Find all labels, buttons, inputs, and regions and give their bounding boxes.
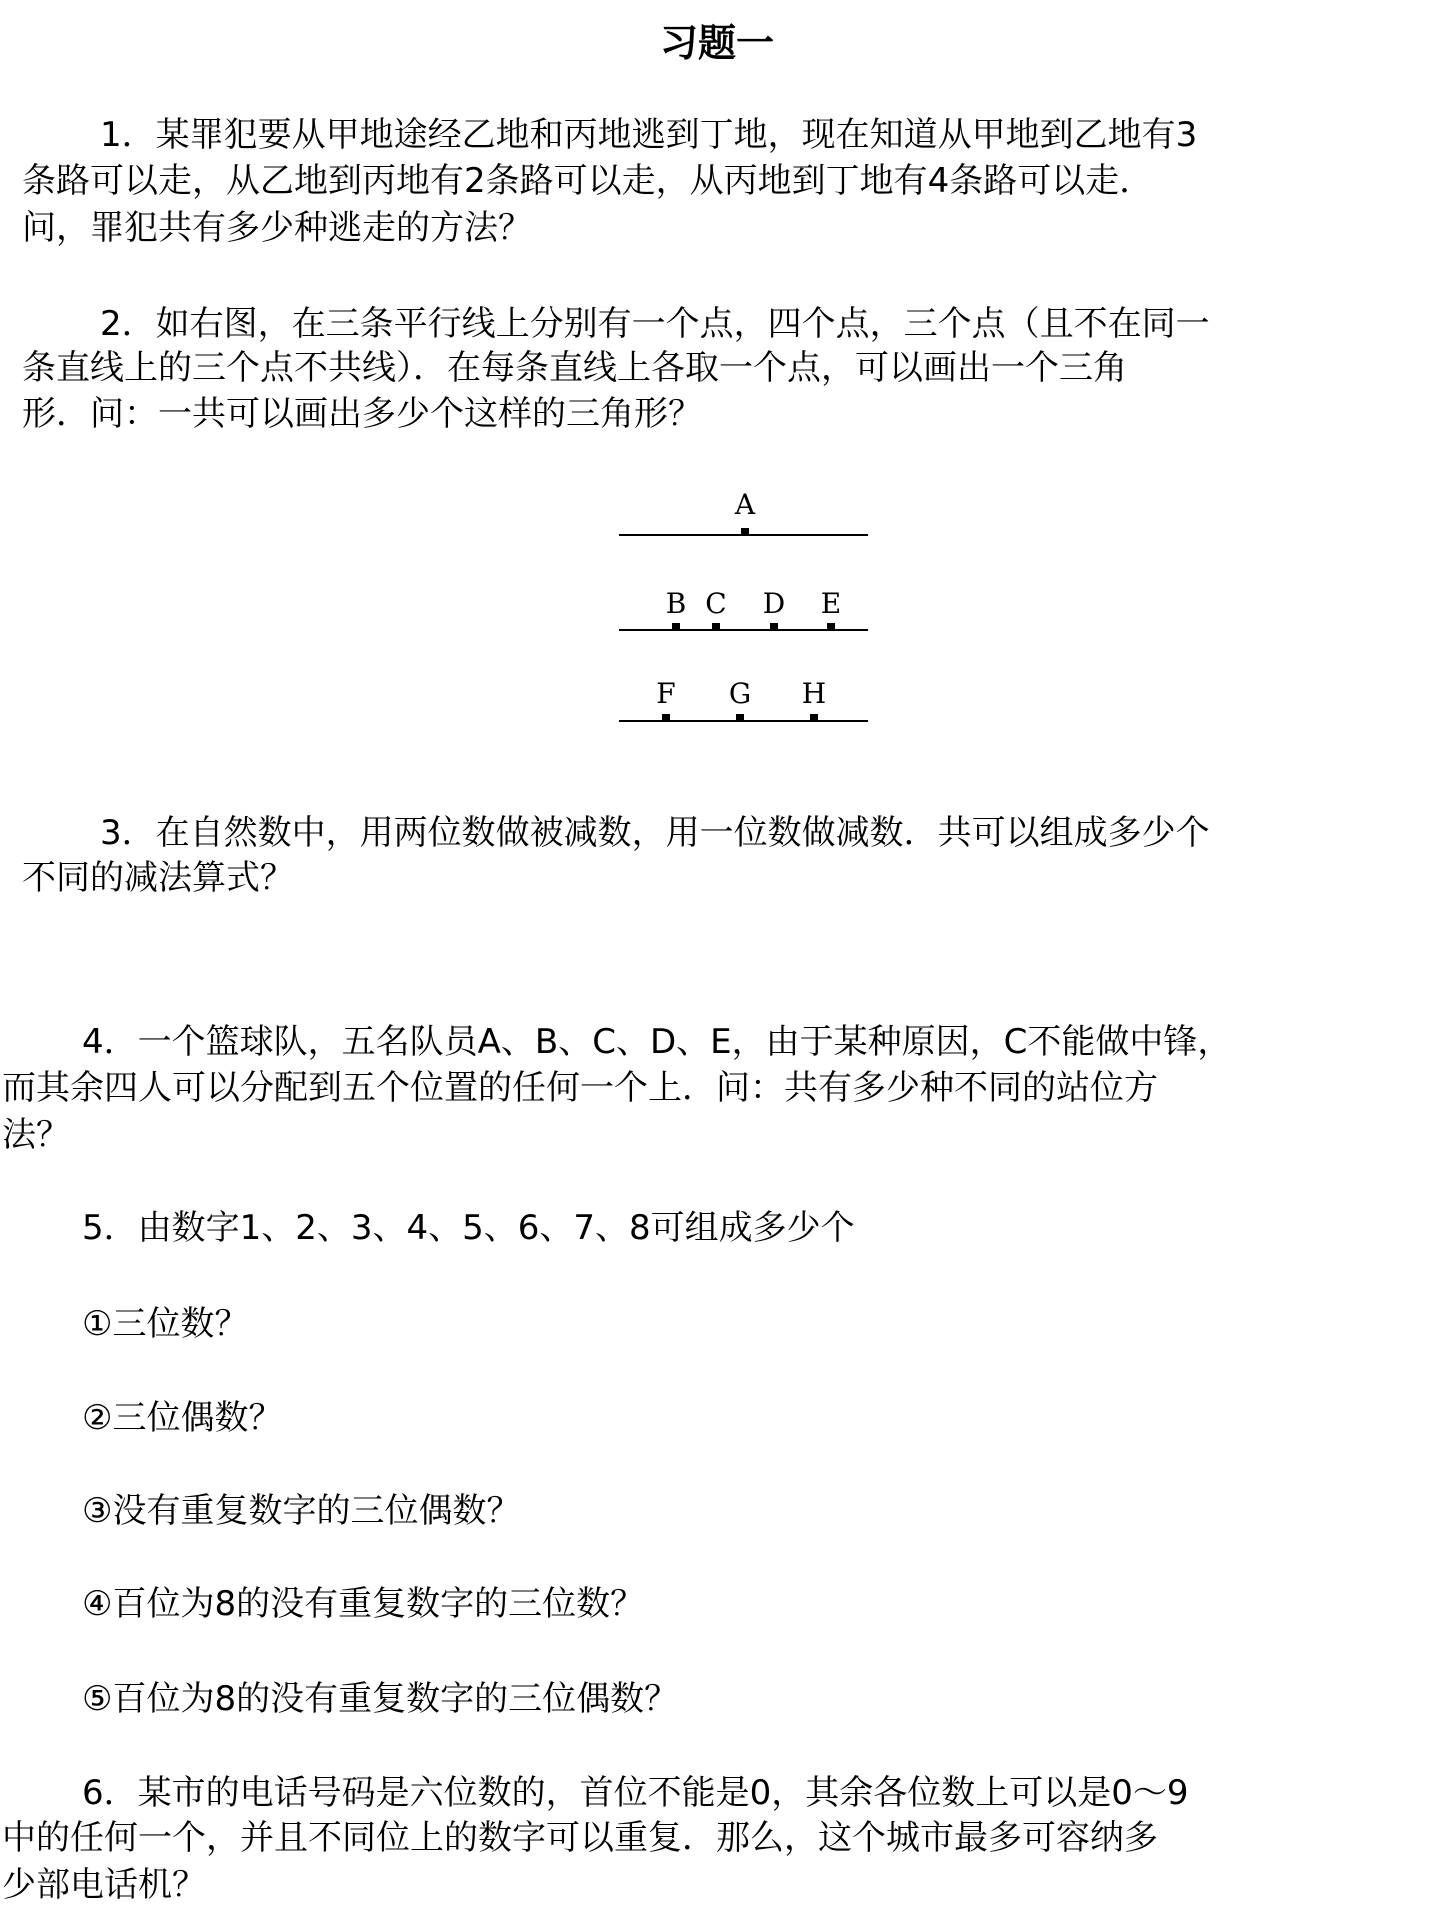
problem-4-line-3: 法？ [2, 1112, 70, 1158]
point-label-G: G [729, 677, 751, 710]
point-G [736, 714, 744, 721]
problem-5-subitem-2: ②三位偶数？ [82, 1395, 282, 1441]
problem-5-subitem-4: ④百位为8的没有重复数字的三位数？ [82, 1581, 644, 1627]
problem-1-line-2: 条路可以走，从乙地到丙地有2条路可以走，从丙地到丁地有4条路可以走． [22, 158, 1153, 204]
problem-5-subitem-3: ③没有重复数字的三位偶数？ [82, 1488, 520, 1534]
problem-3-line-2: 不同的减法算式？ [22, 855, 294, 901]
point-label-C: C [705, 587, 726, 620]
problem-5-line-1: 5．由数字1、2、3、4、5、6、7、8可组成多少个 [82, 1205, 855, 1251]
problem-3-line-1: 3．在自然数中，用两位数做被减数，用一位数做减数．共可以组成多少个 [100, 810, 1210, 856]
problem-1-line-3: 问，罪犯共有多少种逃走的方法？ [22, 205, 532, 251]
point-label-A: A [734, 488, 756, 521]
problem-2-line-2: 条直线上的三个点不共线）．在每条直线上各取一个点，可以画出一个三角 [22, 345, 1127, 391]
problem-4-line-2: 而其余四人可以分配到五个位置的任何一个上．问：共有多少种不同的站位方 [2, 1065, 1158, 1111]
point-label-F: F [656, 677, 675, 710]
point-B [672, 623, 680, 630]
problem-2-line-3: 形．问：一共可以画出多少个这样的三角形？ [22, 391, 702, 437]
problem-6-line-3: 少部电话机？ [2, 1862, 206, 1908]
point-label-H: H [802, 677, 826, 710]
point-label-D: D [763, 587, 785, 620]
problem-5-subitem-5: ⑤百位为8的没有重复数字的三位偶数？ [82, 1676, 678, 1722]
page-title: 习题一 [0, 18, 1434, 68]
point-label-B: B [666, 587, 687, 620]
point-E [827, 623, 835, 630]
problem-2-line-1: 2．如右图，在三条平行线上分别有一个点，四个点，三个点（且不在同一 [100, 301, 1210, 347]
point-label-E: E [821, 587, 841, 620]
point-F [662, 714, 670, 721]
problem-5-subitem-1: ①三位数？ [82, 1301, 248, 1347]
problem-4-line-1: 4．一个篮球队，五名队员A、B、C、D、E，由于某种原因，C不能做中锋， [82, 1019, 1231, 1065]
point-A [741, 528, 749, 535]
problem-6-line-2: 中的任何一个，并且不同位上的数字可以重复．那么，这个城市最多可容纳多 [2, 1815, 1158, 1861]
problem-1-line-1: 1．某罪犯要从甲地途经乙地和丙地逃到丁地，现在知道从甲地到乙地有3 [100, 112, 1197, 158]
point-H [810, 714, 818, 721]
point-D [770, 623, 778, 630]
point-C [712, 623, 720, 630]
parallel-lines-diagram: A B C D E F G H [600, 470, 900, 750]
problem-6-line-1: 6．某市的电话号码是六位数的，首位不能是0，其余各位数上可以是0～9 [82, 1770, 1189, 1816]
